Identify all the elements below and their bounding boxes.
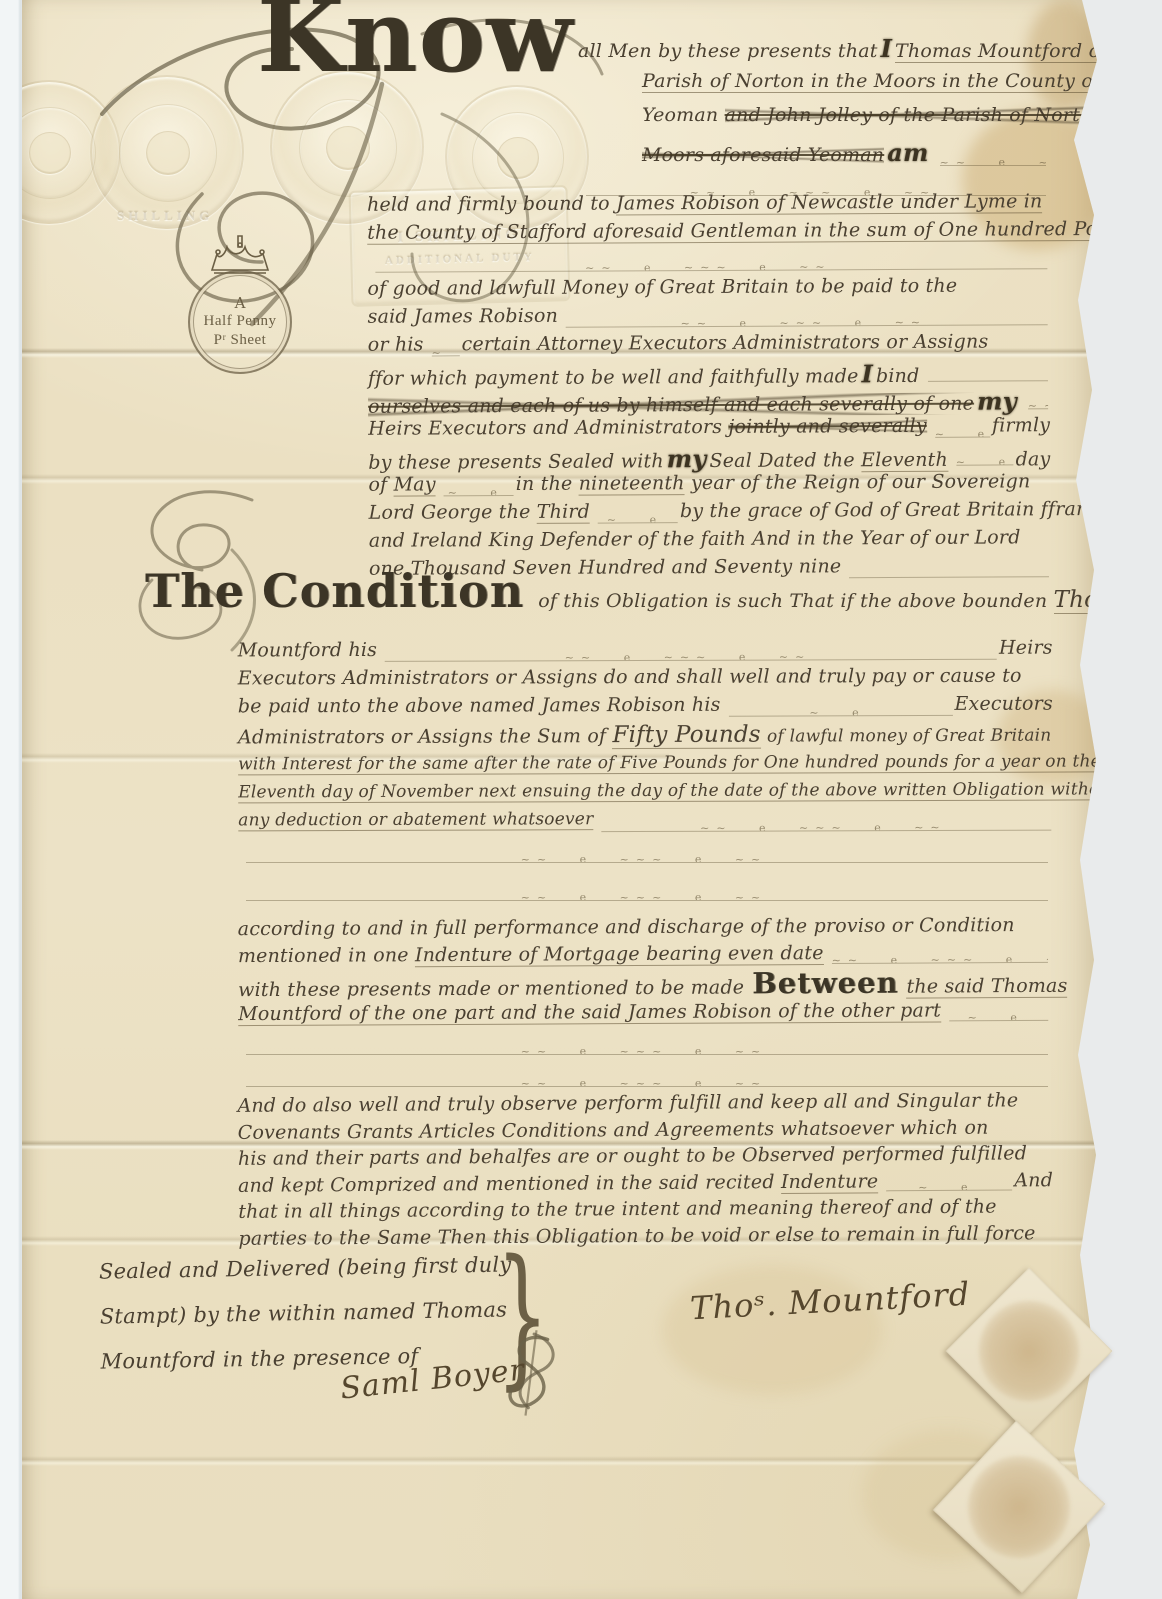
manuscript-line: Yeoman and John Jolley of the Parish of …: [578, 104, 1048, 138]
manuscript-line: the County of Stafford aforesaid Gentlem…: [367, 218, 1049, 250]
struck-text: ourselves and each of us by himself and …: [368, 393, 974, 418]
text-run: Lord George the: [369, 501, 531, 524]
manuscript-line: with Interest for the same after the rat…: [238, 752, 1053, 783]
document-scan: { "ms": { "know": "Know", "o1a": "all Me…: [0, 0, 1162, 1599]
manuscript-line: with these presents made or mentioned to…: [238, 968, 1050, 1003]
text-run: by the grace of God of Great Britain ffr…: [680, 498, 1111, 522]
blank-ruled-line: ~~ e ~~~ e ~~: [238, 1032, 1050, 1060]
text-run: Executors Administrators or Assigns do a…: [238, 665, 1022, 690]
performance-clause: according to and in full performance and…: [238, 914, 1051, 1030]
text-run: Eleventh day of November next ensuing th…: [238, 779, 1117, 803]
manuscript-line: Parish of Norton in the Moors in the Cou…: [578, 70, 1048, 104]
overwritten-word: I: [858, 359, 876, 388]
principal-signature: Thoˢ. Mountford: [689, 1275, 971, 1328]
halfpenny-stamp-line2: Pʳ Sheet: [214, 331, 267, 350]
manuscript-line: Sealed and Delivered (being first duly: [99, 1252, 512, 1304]
manuscript-line: parties to the Same Then this Obligation…: [238, 1222, 1053, 1254]
opening-word-know: Know: [257, 0, 573, 86]
text-run: and kept Comprized and mentioned in the …: [238, 1171, 775, 1197]
line-filler: ~ e: [1109, 759, 1117, 774]
manuscript-line: held and firmly bound to James Robison o…: [367, 190, 1049, 222]
text-run: Executors: [954, 693, 1052, 715]
text-run: And: [1014, 1169, 1053, 1191]
text-run: be paid unto the above named James Robis…: [238, 694, 721, 718]
text-run: Indenture of Mortgage bearing even date: [415, 942, 824, 967]
halfpenny-stamp-line1: Half Penny: [204, 312, 277, 331]
text-run: Parish of Norton in the Moors in the Cou…: [642, 70, 1162, 93]
line-filler: ~ e: [935, 423, 990, 438]
text-run: by these presents Sealed with: [368, 450, 663, 474]
text-run: of lawful money of Great Britain: [767, 726, 1051, 747]
struck-text: Moors aforesaid Yeoman: [642, 144, 884, 166]
bond-clause: held and firmly bound to James Robison o…: [367, 190, 1051, 586]
manuscript-line: ~~ e ~~~ e ~~: [367, 246, 1049, 278]
text-run: held and firmly bound to: [367, 193, 610, 216]
manuscript-line: according to and in full performance and…: [238, 914, 1050, 945]
text-run: with Interest for the same after the rat…: [238, 751, 1101, 775]
line-filler: ~ e: [956, 450, 1014, 465]
line-filler: [927, 366, 1048, 382]
text-run: that in all things according to the true…: [238, 1196, 997, 1223]
manuscript-line: ourselves and each of us by himself and …: [368, 386, 1050, 418]
line-filler: ~~ e ~~~ e ~~: [246, 1072, 1048, 1087]
text-run: Mountford of the one part and the said J…: [238, 999, 941, 1026]
halfpenny-stamp-circle: A Half Penny Pʳ Sheet: [188, 270, 292, 374]
blank-ruled-line: ~~ e ~~~ e ~~: [238, 1064, 1050, 1092]
text-run: Heirs Executors and Administrators: [368, 416, 722, 440]
date-word: nineteenth: [579, 472, 685, 496]
opening-clause: all Men by these presents that I Thomas …: [578, 34, 1048, 201]
text-run: certain Attorney Executors Administrator…: [462, 331, 989, 356]
blank-ruled-line: ~~ e ~~~ e ~~: [238, 840, 1050, 868]
party-name: James Robison of Newcastle under Lyme in: [616, 190, 1043, 215]
crown-icon: [198, 232, 282, 274]
condition-clause: Mountford his ~~ e ~~~ e ~~ Heirs Execut…: [238, 637, 1054, 839]
party-name: the said Thomas: [906, 975, 1067, 999]
manuscript-line: of May ~ e in the nineteenth year of the…: [368, 470, 1050, 502]
text-run: in the: [516, 473, 573, 495]
line-filler: ~~ e ~~~ e ~~: [601, 816, 1051, 833]
line-filler: ~ e: [886, 1175, 1012, 1191]
overwritten-word: am: [884, 138, 931, 167]
party-name: said James Robison: [368, 305, 558, 328]
text-run: parties to the Same Then this Obligation…: [238, 1222, 1035, 1250]
text-run: bind: [876, 365, 920, 387]
line-filler: ~~ e ~~~ e ~~: [246, 1040, 1048, 1055]
between-word: Between: [752, 969, 898, 999]
text-run: of this Obligation is such That if the a…: [538, 590, 1047, 612]
text-run: firmly: [992, 414, 1050, 436]
line-filler: ~~ e ~~~ e ~~: [832, 948, 1048, 964]
manuscript-line: be paid unto the above named James Robis…: [238, 693, 1053, 724]
manuscript-line: Mountford of the one part and the said J…: [238, 999, 1050, 1030]
manuscript-paper-sheet: SHILLING I SHILLING ADDITIONAL DUTY Know: [22, 0, 1100, 1599]
manuscript-line: Moors aforesaid Yeoman am ~~ e ~~~ e ~~: [578, 138, 1048, 171]
line-filler: ~~ e ~~~ e ~~: [246, 848, 1048, 863]
manuscript-line: of good and lawfull Money of Great Brita…: [367, 274, 1049, 306]
blank-ruled-line: ~~ e ~~~ e ~~: [238, 878, 1050, 906]
overwritten-word: my: [664, 444, 710, 473]
manuscript-line: any deduction or abatement whatsoever ~~…: [238, 808, 1053, 839]
overwritten-word: I: [878, 34, 895, 63]
manuscript-line: mentioned in one Indenture of Mortgage b…: [238, 941, 1050, 972]
embossed-rosette-core: [326, 126, 370, 170]
overwritten-word: my: [974, 386, 1020, 415]
embossed-rosette-core: [497, 137, 538, 178]
text-run: all Men by these presents that: [578, 40, 878, 62]
line-filler: ~ e: [598, 508, 678, 523]
line-filler: ~~ e ~~~ e ~~: [940, 151, 1046, 166]
line-filler: ~ e: [949, 1006, 1048, 1022]
embossed-rosette-core: [29, 132, 70, 173]
text-run: ffor which payment to be well and faithf…: [368, 365, 859, 390]
manuscript-line: or his ~ e certain Attorney Executors Ad…: [368, 330, 1050, 362]
halfpenny-duty-stamp: A Half Penny Pʳ Sheet: [182, 232, 298, 374]
text-run: any deduction or abatement whatsoever: [238, 809, 593, 831]
manuscript-line: ffor which payment to be well and faithf…: [368, 358, 1050, 390]
manuscript-line: Administrators or Assigns the Sum of Fif…: [238, 721, 1053, 755]
line-filler: ~~ e ~~~ e ~~: [375, 254, 1047, 273]
party-name: Thomas: [1054, 587, 1147, 614]
text-run: Seal Dated the: [709, 449, 854, 472]
text-run: And do also well and truly observe perfo…: [237, 1089, 1018, 1116]
text-run: Yeoman: [642, 104, 718, 126]
manuscript-line: Executors Administrators or Assigns do a…: [238, 665, 1053, 696]
manuscript-line: said James Robison ~~ e ~~~ e ~~: [368, 302, 1050, 334]
manuscript-line: Eleventh day of November next ensuing th…: [238, 780, 1053, 811]
manuscript-line: Mountford his ~~ e ~~~ e ~~ Heirs: [238, 637, 1053, 668]
text-run: with these presents made or mentioned to…: [238, 976, 744, 1001]
observance-clause: And do also well and truly observe perfo…: [237, 1089, 1053, 1254]
line-filler: ~~ e ~~~ e ~~: [1028, 394, 1048, 409]
line-filler: ~ e: [432, 341, 460, 356]
embossed-revenue-stamp: [90, 75, 244, 229]
manuscript-line: Heirs Executors and Administrators joint…: [368, 414, 1050, 446]
line-filler: ~ e: [444, 481, 514, 496]
manuscript-line: Stampt) by the within named Thomas: [100, 1297, 513, 1349]
text-run: Covenants Grants Articles Conditions and…: [238, 1116, 989, 1143]
text-run: Third: [537, 501, 590, 524]
text-run: his and their parts and behalfes are or …: [238, 1142, 1027, 1170]
date-word: May: [394, 473, 436, 496]
text-run: of good and lawfull Money of Great Brita…: [367, 275, 957, 300]
struck-text: jointly and severally: [728, 415, 926, 438]
text-run: of: [368, 474, 387, 496]
sum-amount: Fifty Pounds: [612, 722, 760, 750]
embossed-shilling-text: SHILLING: [117, 208, 213, 224]
line-filler: ~~ e ~~~ e ~~: [385, 645, 997, 662]
struck-text: and John Jolley of the Parish of Norton …: [725, 104, 1162, 126]
line-filler: ~~ e ~~~ e ~~: [566, 310, 1048, 328]
manuscript-line: and Ireland King Defender of the faith A…: [369, 526, 1051, 558]
text-run: mentioned in one: [238, 944, 409, 967]
condition-heading: The Condition of this Obligation is such…: [145, 568, 1146, 614]
text-run: the County of Stafford aforesaid Gentlem…: [367, 218, 1145, 245]
date-word: Eleventh: [861, 449, 948, 472]
embossed-rosette-core: [146, 131, 190, 175]
party-name: Thomas Mountford of the: [895, 40, 1145, 63]
text-run: Indenture: [781, 1170, 879, 1194]
fold-crease: [22, 1456, 1100, 1466]
text-run: Mountford his: [238, 639, 378, 661]
text-run: Administrators or Assigns the Sum of: [238, 725, 606, 748]
text-run: or his: [368, 333, 424, 355]
manuscript-line: all Men by these presents that I Thomas …: [578, 34, 1048, 70]
text-run: according to and in full performance and…: [238, 914, 1015, 940]
condition-word: The Condition: [145, 568, 524, 614]
manuscript-line: by these presents Sealed with my Seal Da…: [368, 442, 1050, 474]
manuscript-line: Lord George the Third ~ e by the grace o…: [369, 498, 1051, 530]
line-filler: ~~ e ~~~ e ~~: [246, 886, 1048, 901]
text-run: Heirs: [999, 637, 1053, 659]
text-run: day: [1015, 448, 1050, 470]
text-run: Sealed and Delivered (being first duly: [99, 1252, 512, 1283]
text-run: year of the Reign of our Sovereign: [691, 470, 1031, 494]
line-filler: ~ e: [729, 701, 953, 717]
text-run: and Ireland King Defender of the faith A…: [369, 526, 1021, 551]
halfpenny-stamp-letter: A: [235, 294, 246, 312]
